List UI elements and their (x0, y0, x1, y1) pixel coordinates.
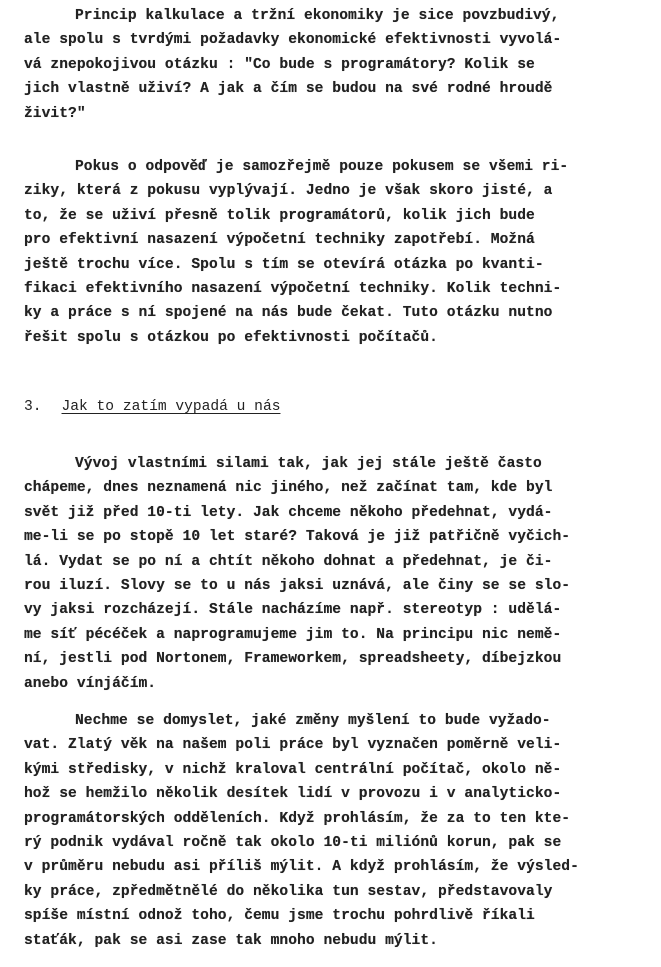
text-line: fikaci efektivního nasazení výpočetní te… (24, 279, 561, 299)
text-line: vá znepokojivou otázku : "Co bude s prog… (24, 55, 535, 75)
text-line: ještě trochu více. Spolu s tím se otevír… (24, 255, 544, 275)
text-line: programátorských odděleních. Když prohlá… (24, 809, 570, 829)
text-line: pro efektivní nasazení výpočetní technik… (24, 230, 535, 250)
text-line: to, že se uživí přesně tolik programátor… (24, 206, 535, 226)
section-title: Jak to zatím vypadá u nás (62, 399, 281, 415)
text-line: spíše místní odnož toho, čemu jsme troch… (24, 906, 535, 926)
text-line: ky práce, zpředmětnělé do několika tun s… (24, 882, 552, 902)
typewritten-page: Princip kalkulace a tržní ekonomiky je s… (0, 0, 661, 967)
text-line: Vývoj vlastními silami tak, jak jej stál… (75, 454, 542, 474)
text-line: rou iluzí. Slovy se to u nás jaksi uznáv… (24, 576, 570, 596)
text-line: staťák, pak se asi zase tak mnoho nebudu… (24, 931, 438, 951)
text-line: ale spolu s tvrdými požadavky ekonomické… (24, 30, 561, 50)
text-line: me-li se po stopě 10 let staré? Taková j… (24, 527, 570, 547)
text-line: chápeme, dnes neznamená nic jiného, než … (24, 478, 552, 498)
text-line: v průměru nebudu asi příliš mýlit. A kdy… (24, 857, 579, 877)
text-line: živit?" (24, 104, 86, 124)
text-line: rý podnik vydával ročně tak okolo 10-ti … (24, 833, 561, 853)
text-line: anebo vínjáčím. (24, 674, 156, 694)
text-line: lá. Vydat se po ní a chtít někoho dohnat… (24, 552, 552, 572)
text-line: ky a práce s ní spojené na nás bude čeka… (24, 303, 552, 323)
text-line: ziky, která z pokusu vyplývají. Jedno je… (24, 181, 552, 201)
text-line: kými středisky, v nichž kraloval centrál… (24, 760, 561, 780)
text-line: vy jaksi rozcházejí. Stále nacházíme nap… (24, 600, 561, 620)
text-line: řešit spolu s otázkou po efektivnosti po… (24, 328, 438, 348)
text-line: svět již před 10-ti lety. Jak chceme něk… (24, 503, 552, 523)
text-line: vat. Zlatý věk na našem poli práce byl v… (24, 735, 561, 755)
text-line: jich vlastně uživí? A jak a čím se budou… (24, 79, 552, 99)
section-heading: 3.Jak to zatím vypadá u nás (24, 397, 280, 417)
text-line: Pokus o odpověď je samozřejmě pouze poku… (75, 157, 568, 177)
text-line: Nechme se domyslet, jaké změny myšlení t… (75, 711, 551, 731)
text-line: Princip kalkulace a tržní ekonomiky je s… (75, 6, 559, 26)
text-line: hož se hemžilo několik desítek lidí v pr… (24, 784, 561, 804)
text-line: ní, jestli pod Nortonem, Frameworkem, sp… (24, 649, 561, 669)
text-line: me síť pécéček a naprogramujeme jim to. … (24, 625, 561, 645)
section-number: 3. (24, 399, 42, 415)
